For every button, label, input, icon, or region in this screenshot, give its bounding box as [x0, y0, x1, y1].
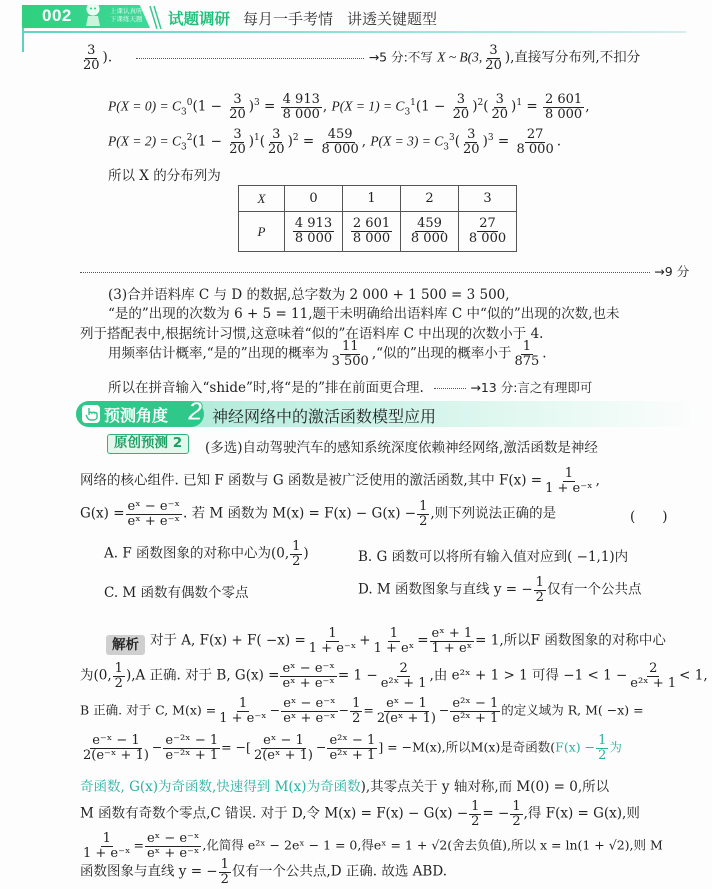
answer-blank: ( )	[630, 505, 668, 525]
table-cell: 3	[459, 186, 517, 212]
leader-dots	[80, 272, 650, 273]
analysis-line: 为(0,12),A 正确. 对于 B, G(x) =eˣ − e⁻ˣeˣ + e…	[80, 662, 708, 690]
question-stem-line: (多选)自动驾驶汽车的感知系统深度依赖神经网络,激活函数是神经	[205, 436, 598, 456]
analysis-line: 奇函数, G(x)为奇函数,快速得到 M(x)为奇函数),其零点关于 y 轴对称…	[80, 775, 609, 795]
score-note: →5 分:不写	[369, 50, 433, 65]
score-note: →13 分:言之有理即可	[470, 380, 592, 395]
page-header: 002 上课认真听 下课练天题 试题调研 每月一手考情 讲透关键题型	[0, 0, 712, 36]
divider-slashes-icon	[148, 6, 162, 29]
option-d: D. M 函数图象与直线 y = −12仅有一个公共点	[358, 576, 641, 604]
text-line: →9 分	[80, 262, 689, 280]
text-line: 所以 X 的分布列为	[108, 164, 221, 184]
header-title: 试题调研	[168, 7, 230, 29]
text-line: 列于搭配表中,根据统计习惯,这意味着“似的”在语料库 C 中出现的次数小于 4.	[80, 322, 543, 342]
analysis-line: 11 + e⁻ˣ=eˣ − e⁻ˣeˣ + e⁻ˣ,化简得 e²ˣ − 2eˣ …	[80, 832, 663, 860]
option-b: B. G 函数可以将所有输入值对应到( −1,1)内	[358, 545, 628, 565]
table-row: P 4 9138 000 2 6018 000 4598 000 278 000	[239, 212, 517, 252]
section-label: 预测角度	[104, 403, 168, 426]
distribution-table: X 0 1 2 3 P 4 9138 000 2 6018 000 4598 0…	[238, 185, 517, 252]
table-cell: 2 6018 000	[343, 212, 401, 252]
table-cell: 1	[343, 186, 401, 212]
table-cell: 4 9138 000	[285, 212, 343, 252]
table-header-cell: X	[239, 186, 285, 212]
hint-text: 奇函数, G(x)为奇函数,快速得到 M(x)为奇函数	[80, 779, 361, 795]
text-line: 所以在拼音输入“shide”时,将“是的”排在前面更合理. →13 分:言之有理…	[108, 376, 592, 396]
analysis-badge: 解析	[106, 635, 145, 655]
section-number: 2	[188, 396, 202, 427]
header-motto: 上课认真听 下课练天题	[110, 7, 143, 23]
question-badge: 原创预测 2	[107, 434, 189, 454]
question-stem-line: 网络的核心组件. 已知 F 函数与 G 函数是被广泛使用的激活函数,其中 F(x…	[80, 467, 600, 495]
page-number: 002	[42, 6, 72, 26]
analysis-line: e⁻ˣ − 12(e⁻ˣ + 1)−e⁻²ˣ − 1e⁻²ˣ + 1= −[eˣ…	[80, 734, 622, 762]
analysis-line: 对于 A, F(x) + F( −x) =11 + e⁻ˣ+11 + eˣ=eˣ…	[150, 627, 666, 655]
score-note: →9 分	[654, 264, 689, 279]
leader-dots	[434, 388, 466, 389]
motto-line-2: 下课练天题	[110, 15, 143, 23]
hint-text: F(x) −	[555, 740, 595, 755]
fraction: 320	[81, 44, 102, 72]
leader-dots	[136, 58, 364, 59]
option-c: C. M 函数有偶数个零点	[104, 581, 249, 601]
text-line: 320). →5 分:不写 X ~ B(3,320),直接写分布列,不扣分	[80, 44, 640, 72]
table-cell: 278 000	[459, 212, 517, 252]
text-line: 用频率估计概率,“是的”出现的概率为113 500,“似的”出现的概率小于187…	[108, 340, 547, 368]
formula-line: P(X = 0) = C30(1 − 320)3 = 4 9138 000, P…	[108, 93, 589, 121]
question-stem-line: G(x) =eˣ − e⁻ˣeˣ + e⁻ˣ. 若 M 函数为 M(x) = F…	[80, 500, 556, 528]
analysis-line: M 函数有奇数个零点,C 错误. 对于 D,令 M(x) = F(x) − G(…	[80, 800, 640, 828]
hand-pointer-icon	[82, 405, 100, 423]
text-line: “是的”出现的次数为 6 + 5 = 11,题干未明确给出语料库 C 中“似的”…	[108, 302, 620, 322]
analysis-line: B 正确. 对于 C, M(x) =11 + e⁻ˣ−eˣ − e⁻ˣeˣ + …	[80, 697, 644, 725]
formula-line: P(X = 2) = C32(1 − 320)1(320)2 = 4598 00…	[108, 128, 561, 156]
header-rule	[22, 31, 686, 33]
table-cell: 0	[285, 186, 343, 212]
table-header-cell: P	[239, 212, 285, 252]
table-row: X 0 1 2 3	[239, 186, 517, 212]
table-cell: 4598 000	[401, 212, 459, 252]
option-a: A. F 函数图象的对称中心为(0,12)	[104, 540, 309, 568]
motto-line-1: 上课认真听	[110, 7, 143, 15]
header-subtitle-1: 每月一手考情	[243, 8, 333, 29]
analysis-line: 函数图象与直线 y = −12仅有一个公共点,D 正确. 故选 ABD.	[80, 858, 447, 886]
header-subtitle-2: 讲透关键题型	[347, 8, 437, 29]
section-title: 神经网络中的激活函数模型应用	[212, 404, 436, 427]
table-cell: 2	[401, 186, 459, 212]
text-line: (3)合并语料库 C 与 D 的数据,总字数为 2 000 + 1 500 = …	[108, 283, 510, 303]
mascot-icon	[80, 2, 106, 28]
